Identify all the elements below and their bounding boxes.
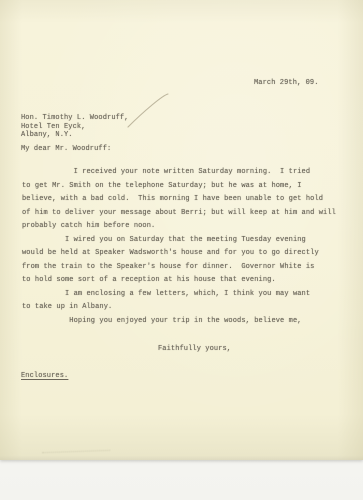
pencil-check-mark	[124, 91, 174, 131]
scanned-letter-page: March 29th, 09. Hon. Timothy L. Woodruff…	[0, 0, 363, 500]
closing-line: Faithfully yours,	[158, 345, 231, 353]
letter-paper: March 29th, 09. Hon. Timothy L. Woodruff…	[0, 0, 363, 460]
letter-body: I received your note written Saturday mo…	[22, 166, 336, 328]
pencil-smudge-mark	[42, 443, 110, 453]
date-line: March 29th, 09.	[254, 79, 319, 87]
enclosures-note: Enclosures.	[21, 372, 68, 380]
recipient-address: Hon. Timothy L. Woodruff,Hotel Ten Eyck,…	[21, 114, 129, 140]
salutation: My dear Mr. Woodruff:	[21, 145, 111, 153]
